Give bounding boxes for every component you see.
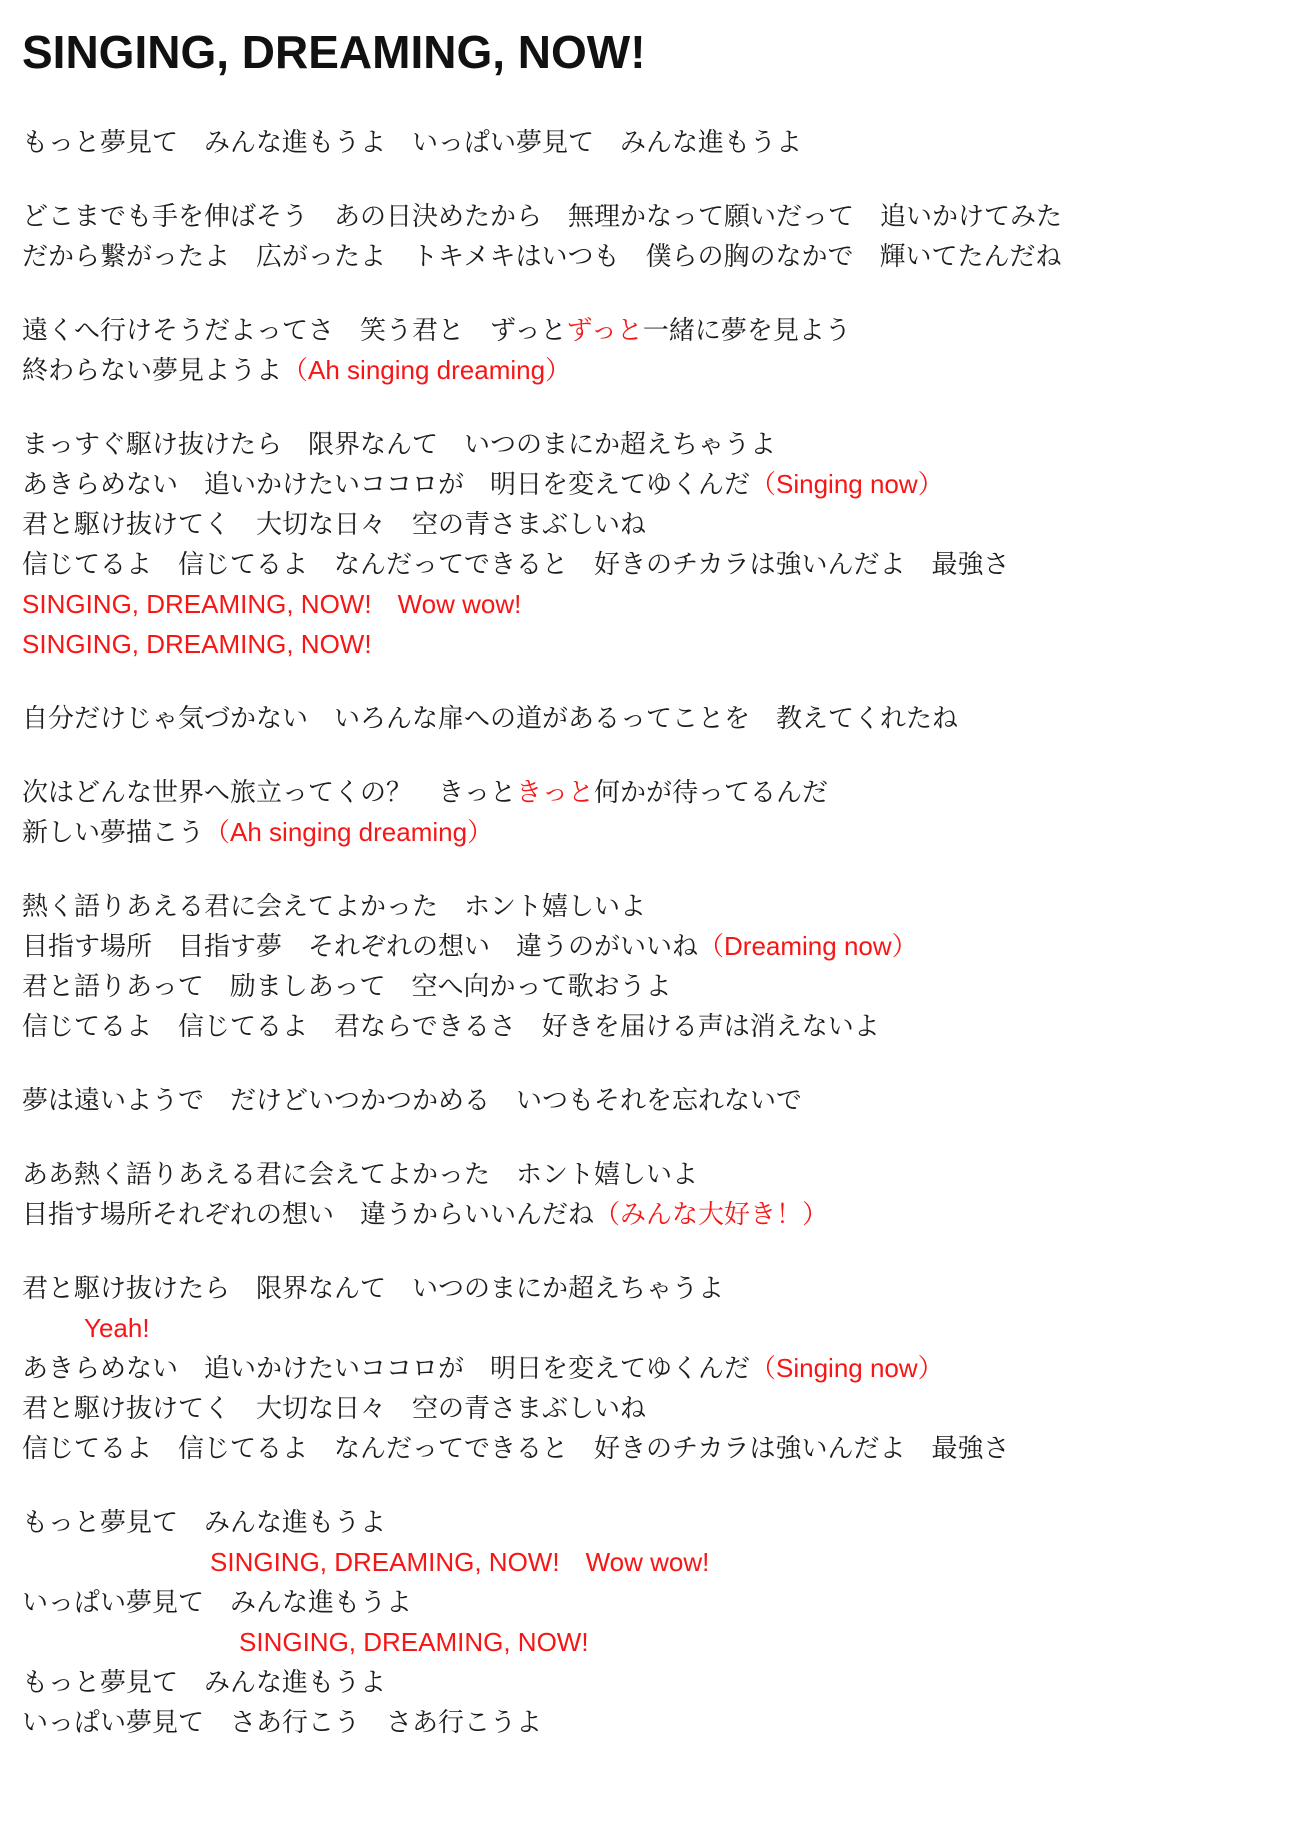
lyric-segment: 自分だけじゃ気づかない いろんな扉への道があるってことを 教えてくれたね: [22, 703, 958, 733]
lyric-segment-highlight: SINGING, DREAMING, NOW!: [239, 1627, 589, 1657]
lyric-line: もっと夢見て みんな進もうよ いっぱい夢見て みんな進もうよ: [22, 122, 1280, 162]
lyric-line: 熱く語りあえる君に会えてよかった ホント嬉しいよ: [22, 886, 1280, 926]
lyric-segment: ああ熱く語りあえる君に会えてよかった ホント嬉しいよ: [22, 1159, 698, 1189]
lyric-segment-highlight: ずっと: [566, 315, 642, 345]
lyric-segment: どこまでも手を伸ばそう あの日決めたから 無理かなって願いだって 追いかけてみた: [22, 201, 1062, 231]
lyric-segment: 遠くへ行けそうだよってさ 笑う君と ずっと: [22, 315, 566, 345]
blank-line: [22, 1468, 1280, 1502]
lyric-segment: 君と駆け抜けたら 限界なんて いつのまにか超えちゃうよ: [22, 1273, 724, 1303]
lyric-segment: 一緒に夢を見よう: [643, 315, 851, 345]
lyric-segment-highlight: （Singing now）: [750, 469, 944, 499]
lyric-segment: だから繋がったよ 広がったよ トキメキはいつも 僕らの胸のなかで 輝いてたんだね: [22, 241, 1061, 271]
lyric-line: あきらめない 追いかけたいココロが 明日を変えてゆくんだ（Singing now…: [22, 464, 1280, 504]
lyric-line: 終わらない夢見ようよ（Ah singing dreaming）: [22, 350, 1280, 390]
lyric-line: まっすぐ駆け抜けたら 限界なんて いつのまにか超えちゃうよ: [22, 424, 1280, 464]
lyric-line: 遠くへ行けそうだよってさ 笑う君と ずっとずっと一緒に夢を見よう: [22, 310, 1280, 350]
lyric-segment: あきらめない 追いかけたいココロが 明日を変えてゆくんだ: [22, 469, 750, 499]
lyric-line: 夢は遠いようで だけどいつかつかめる いつもそれを忘れないで: [22, 1080, 1280, 1120]
lyric-line: ああ熱く語りあえる君に会えてよかった ホント嬉しいよ: [22, 1154, 1280, 1194]
lyric-segment: いっぱい夢見て みんな進もうよ: [22, 1587, 412, 1617]
lyric-segment-highlight: （Ah singing dreaming）: [282, 355, 571, 385]
lyric-segment-highlight: SINGING, DREAMING, NOW! Wow wow!: [22, 589, 521, 619]
lyric-segment: いっぱい夢見て さあ行こう さあ行こうよ: [22, 1707, 542, 1737]
lyric-segment-highlight: （Singing now）: [750, 1353, 944, 1383]
blank-line: [22, 276, 1280, 310]
lyric-line: SINGING, DREAMING, NOW!: [22, 1622, 1280, 1662]
lyric-line: 信じてるよ 信じてるよ なんだってできると 好きのチカラは強いんだよ 最強さ: [22, 544, 1280, 584]
lyric-segment: もっと夢見て みんな進もうよ: [22, 1507, 386, 1537]
lyric-segment-highlight: （Dreaming now）: [698, 931, 918, 961]
lyric-line: 新しい夢描こう（Ah singing dreaming）: [22, 812, 1280, 852]
lyric-segment: 君と駆け抜けてく 大切な日々 空の青さまぶしいね: [22, 509, 646, 539]
lyric-segment-highlight: Yeah!: [84, 1313, 150, 1343]
lyric-line: いっぱい夢見て みんな進もうよ: [22, 1582, 1280, 1622]
lyric-segment: 信じてるよ 信じてるよ なんだってできると 好きのチカラは強いんだよ 最強さ: [22, 549, 1009, 579]
blank-line: [22, 738, 1280, 772]
lyrics-page: SINGING, DREAMING, NOW! もっと夢見て みんな進もうよ い…: [0, 0, 1300, 1842]
song-title: SINGING, DREAMING, NOW!: [22, 26, 1280, 78]
lyric-line: Yeah!: [22, 1308, 1280, 1348]
lyric-segment: 信じてるよ 信じてるよ 君ならできるさ 好きを届ける声は消えないよ: [22, 1011, 880, 1041]
lyric-segment-highlight: SINGING, DREAMING, NOW! Wow wow!: [210, 1547, 709, 1577]
lyric-segment: 目指す場所 目指す夢 それぞれの想い 違うのがいいね: [22, 931, 698, 961]
lyric-segment: 君と駆け抜けてく 大切な日々 空の青さまぶしいね: [22, 1393, 646, 1423]
blank-line: [22, 1046, 1280, 1080]
lyric-line: いっぱい夢見て さあ行こう さあ行こうよ: [22, 1702, 1280, 1742]
lyric-line: SINGING, DREAMING, NOW! Wow wow!: [22, 1542, 1280, 1582]
lyric-segment: 君と語りあって 励ましあって 空へ向かって歌おうよ: [22, 971, 671, 1001]
lyric-segment: 終わらない夢見ようよ: [22, 355, 282, 385]
lyric-line: あきらめない 追いかけたいココロが 明日を変えてゆくんだ（Singing now…: [22, 1348, 1280, 1388]
lyric-line: どこまでも手を伸ばそう あの日決めたから 無理かなって願いだって 追いかけてみた: [22, 196, 1280, 236]
lyrics-body: もっと夢見て みんな進もうよ いっぱい夢見て みんな進もうよどこまでも手を伸ばそ…: [22, 122, 1280, 1742]
lyric-line: SINGING, DREAMING, NOW! Wow wow!: [22, 584, 1280, 624]
lyric-segment: もっと夢見て みんな進もうよ: [22, 1667, 386, 1697]
lyric-line: 自分だけじゃ気づかない いろんな扉への道があるってことを 教えてくれたね: [22, 698, 1280, 738]
lyric-line: 君と駆け抜けてく 大切な日々 空の青さまぶしいね: [22, 1388, 1280, 1428]
lyric-segment: あきらめない 追いかけたいココロが 明日を変えてゆくんだ: [22, 1353, 750, 1383]
blank-line: [22, 1234, 1280, 1268]
lyric-segment: 目指す場所それぞれの想い 違うからいいんだね: [22, 1199, 594, 1229]
blank-line: [22, 390, 1280, 424]
lyric-segment-highlight: （みんな大好き！）: [594, 1199, 828, 1229]
lyric-segment: 信じてるよ 信じてるよ なんだってできると 好きのチカラは強いんだよ 最強さ: [22, 1433, 1009, 1463]
lyric-line: 信じてるよ 信じてるよ なんだってできると 好きのチカラは強いんだよ 最強さ: [22, 1428, 1280, 1468]
blank-line: [22, 1120, 1280, 1154]
lyric-segment: もっと夢見て みんな進もうよ いっぱい夢見て みんな進もうよ: [22, 127, 802, 157]
blank-line: [22, 162, 1280, 196]
lyric-line: もっと夢見て みんな進もうよ: [22, 1662, 1280, 1702]
lyric-line: 目指す場所 目指す夢 それぞれの想い 違うのがいいね（Dreaming now）: [22, 926, 1280, 966]
lyric-segment-highlight: SINGING, DREAMING, NOW!: [22, 629, 372, 659]
lyric-segment: 新しい夢描こう: [22, 817, 204, 847]
lyric-line: 目指す場所それぞれの想い 違うからいいんだね（みんな大好き！）: [22, 1194, 1280, 1234]
blank-line: [22, 852, 1280, 886]
lyric-segment: 熱く語りあえる君に会えてよかった ホント嬉しいよ: [22, 891, 646, 921]
lyric-line: 君と語りあって 励ましあって 空へ向かって歌おうよ: [22, 966, 1280, 1006]
lyric-segment: まっすぐ駆け抜けたら 限界なんて いつのまにか超えちゃうよ: [22, 429, 776, 459]
lyric-line: だから繋がったよ 広がったよ トキメキはいつも 僕らの胸のなかで 輝いてたんだね: [22, 236, 1280, 276]
lyric-segment: 次はどんな世界へ旅立ってくの？ きっと: [22, 777, 516, 807]
lyric-line: 君と駆け抜けてく 大切な日々 空の青さまぶしいね: [22, 504, 1280, 544]
lyric-segment-highlight: （Ah singing dreaming）: [204, 817, 493, 847]
blank-line: [22, 664, 1280, 698]
lyric-line: 次はどんな世界へ旅立ってくの？ きっときっと何かが待ってるんだ: [22, 772, 1280, 812]
lyric-line: SINGING, DREAMING, NOW!: [22, 624, 1280, 664]
lyric-segment-highlight: きっと: [516, 777, 594, 807]
lyric-line: もっと夢見て みんな進もうよ: [22, 1502, 1280, 1542]
lyric-line: 信じてるよ 信じてるよ 君ならできるさ 好きを届ける声は消えないよ: [22, 1006, 1280, 1046]
lyric-line: 君と駆け抜けたら 限界なんて いつのまにか超えちゃうよ: [22, 1268, 1280, 1308]
lyric-segment: 何かが待ってるんだ: [594, 777, 828, 807]
lyric-segment: 夢は遠いようで だけどいつかつかめる いつもそれを忘れないで: [22, 1085, 802, 1115]
